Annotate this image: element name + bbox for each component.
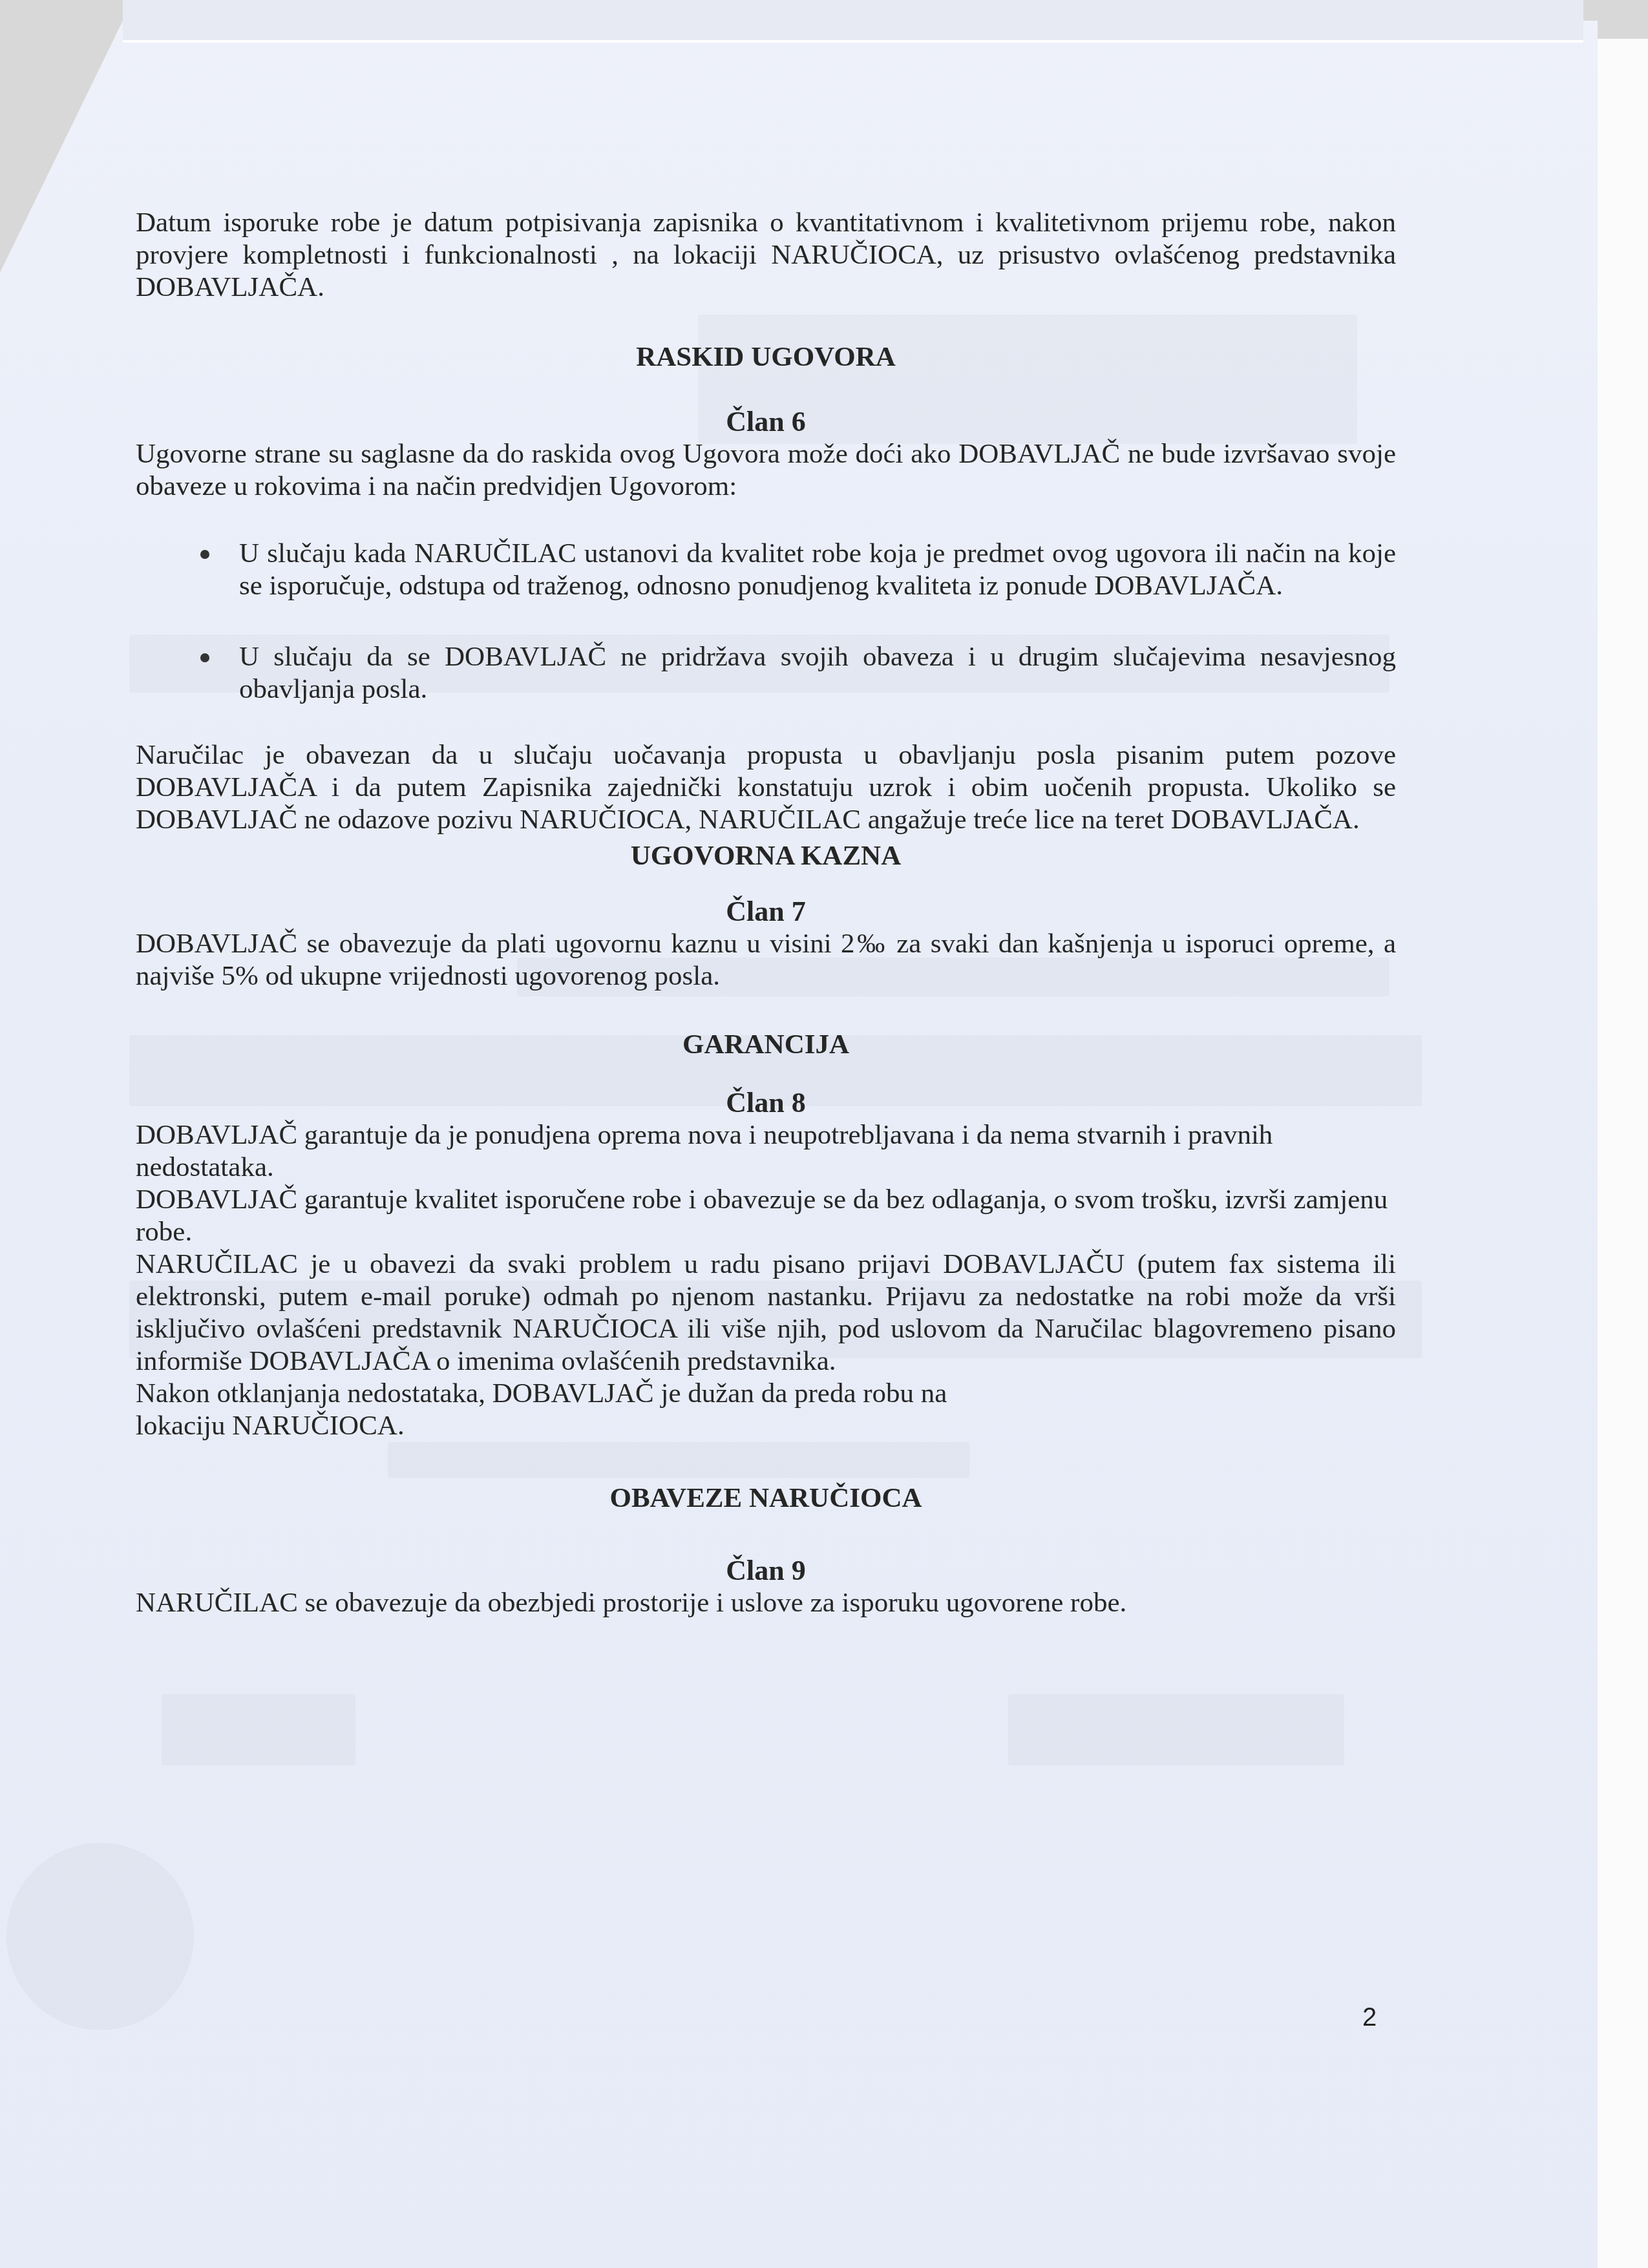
bullet-text: U slučaju da se DOBAVLJAČ ne pridržava s… — [239, 642, 1396, 704]
article-number: Član 9 — [136, 1555, 1396, 1587]
section-heading: UGOVORNA KAZNA — [136, 840, 1396, 872]
bullet-text: U slučaju kada NARUČILAC ustanovi da kva… — [239, 538, 1396, 601]
article-number: Član 6 — [136, 406, 1396, 438]
section-raskid-ugovora: RASKID UGOVORA Član 6 Ugovorne strane su… — [136, 341, 1396, 836]
page-number: 2 — [1362, 2003, 1377, 2032]
document-body: Datum isporuke robe je datum potpisivanj… — [136, 207, 1396, 1619]
scanner-edge-strip — [1598, 39, 1648, 2268]
article-paragraph: Naručilac je obavezan da u slučaju uočav… — [136, 739, 1396, 836]
intro-paragraph: Datum isporuke robe je datum potpisivanj… — [136, 207, 1396, 304]
article-number: Član 7 — [136, 896, 1396, 928]
article-paragraph: DOBAVLJAČ garantuje da je ponudjena opre… — [136, 1119, 1396, 1184]
section-heading: RASKID UGOVORA — [136, 341, 1396, 373]
article-paragraph: NARUČILAC se obavezuje da obezbjedi pros… — [136, 1587, 1396, 1619]
article-number: Član 8 — [136, 1087, 1396, 1119]
bullet-icon — [200, 550, 209, 559]
stamp-bleed-mark — [6, 1843, 194, 2030]
section-ugovorna-kazna: UGOVORNA KAZNA Član 7 DOBAVLJAČ se obave… — [136, 840, 1396, 992]
bullet-list: U slučaju kada NARUČILAC ustanovi da kva… — [136, 538, 1396, 706]
bullet-item: U slučaju kada NARUČILAC ustanovi da kva… — [136, 538, 1396, 602]
scanner-top-strip — [123, 0, 1583, 43]
bullet-item: U slučaju da se DOBAVLJAČ ne pridržava s… — [136, 641, 1396, 706]
article-paragraph: Nakon otklanjanja nedostataka, DOBAVLJAČ… — [136, 1378, 1041, 1442]
section-obaveze-narucioca: OBAVEZE NARUČIOCA Član 9 NARUČILAC se ob… — [136, 1482, 1396, 1619]
article-paragraph: NARUČILAC je u obavezi da svaki problem … — [136, 1248, 1396, 1378]
bullet-icon — [200, 653, 209, 662]
section-heading: OBAVEZE NARUČIOCA — [136, 1482, 1396, 1515]
bleed-through-mark — [162, 1694, 355, 1765]
article-paragraph: DOBAVLJAČ se obavezuje da plati ugovornu… — [136, 928, 1396, 992]
section-garancija: GARANCIJA Član 8 DOBAVLJAČ garantuje da … — [136, 1029, 1396, 1442]
section-heading: GARANCIJA — [136, 1029, 1396, 1061]
article-paragraph: Ugovorne strane su saglasne da do raskid… — [136, 438, 1396, 503]
bleed-through-mark — [1008, 1694, 1344, 1765]
article-paragraph: DOBAVLJAČ garantuje kvalitet isporučene … — [136, 1184, 1396, 1248]
